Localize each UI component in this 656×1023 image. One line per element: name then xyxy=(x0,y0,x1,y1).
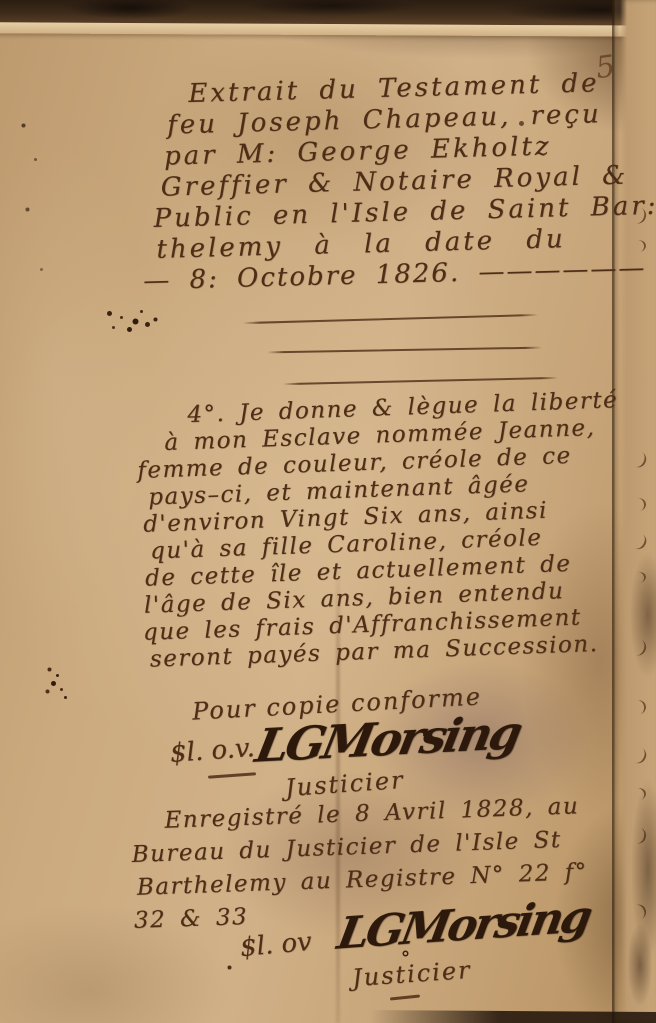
adjacent-page-ink-fragment xyxy=(631,746,649,766)
extract-heading: Extrait du Testament de feu Joseph Chape… xyxy=(150,67,636,296)
handdrawn-separator-rule xyxy=(243,314,538,324)
previous-page-edge-shadow xyxy=(0,0,656,25)
adjacent-page-ink-fragment xyxy=(632,827,648,845)
handdrawn-separator-rule xyxy=(267,347,542,354)
adjacent-page-ink-fragment xyxy=(632,786,647,801)
ink-splatter xyxy=(100,302,103,305)
certification-fee-notation: $l. o.v. xyxy=(169,733,256,769)
page-top-edge xyxy=(0,22,656,36)
ink-splatter xyxy=(18,118,21,121)
ink-splatter xyxy=(42,660,45,663)
page-bottom-edge-shadow xyxy=(370,1010,656,1023)
registration-signature-title: Justicier xyxy=(351,956,472,992)
adjacent-page-ink-fragment xyxy=(633,699,647,715)
pen-dash xyxy=(390,994,420,1000)
adjacent-page-ink-fragment xyxy=(632,902,649,920)
pen-dash xyxy=(208,772,256,778)
adjacent-page-ink-fragment xyxy=(633,239,647,253)
handdrawn-separator-rule xyxy=(283,377,558,385)
manuscript-page: 5 Extrait du Testament de feu Joseph Cha… xyxy=(0,0,656,1023)
registration-fee-notation: $l. ov xyxy=(239,927,313,963)
testament-clause-text: 4°. Je donne & lègue la liberté à mon Es… xyxy=(135,386,649,673)
